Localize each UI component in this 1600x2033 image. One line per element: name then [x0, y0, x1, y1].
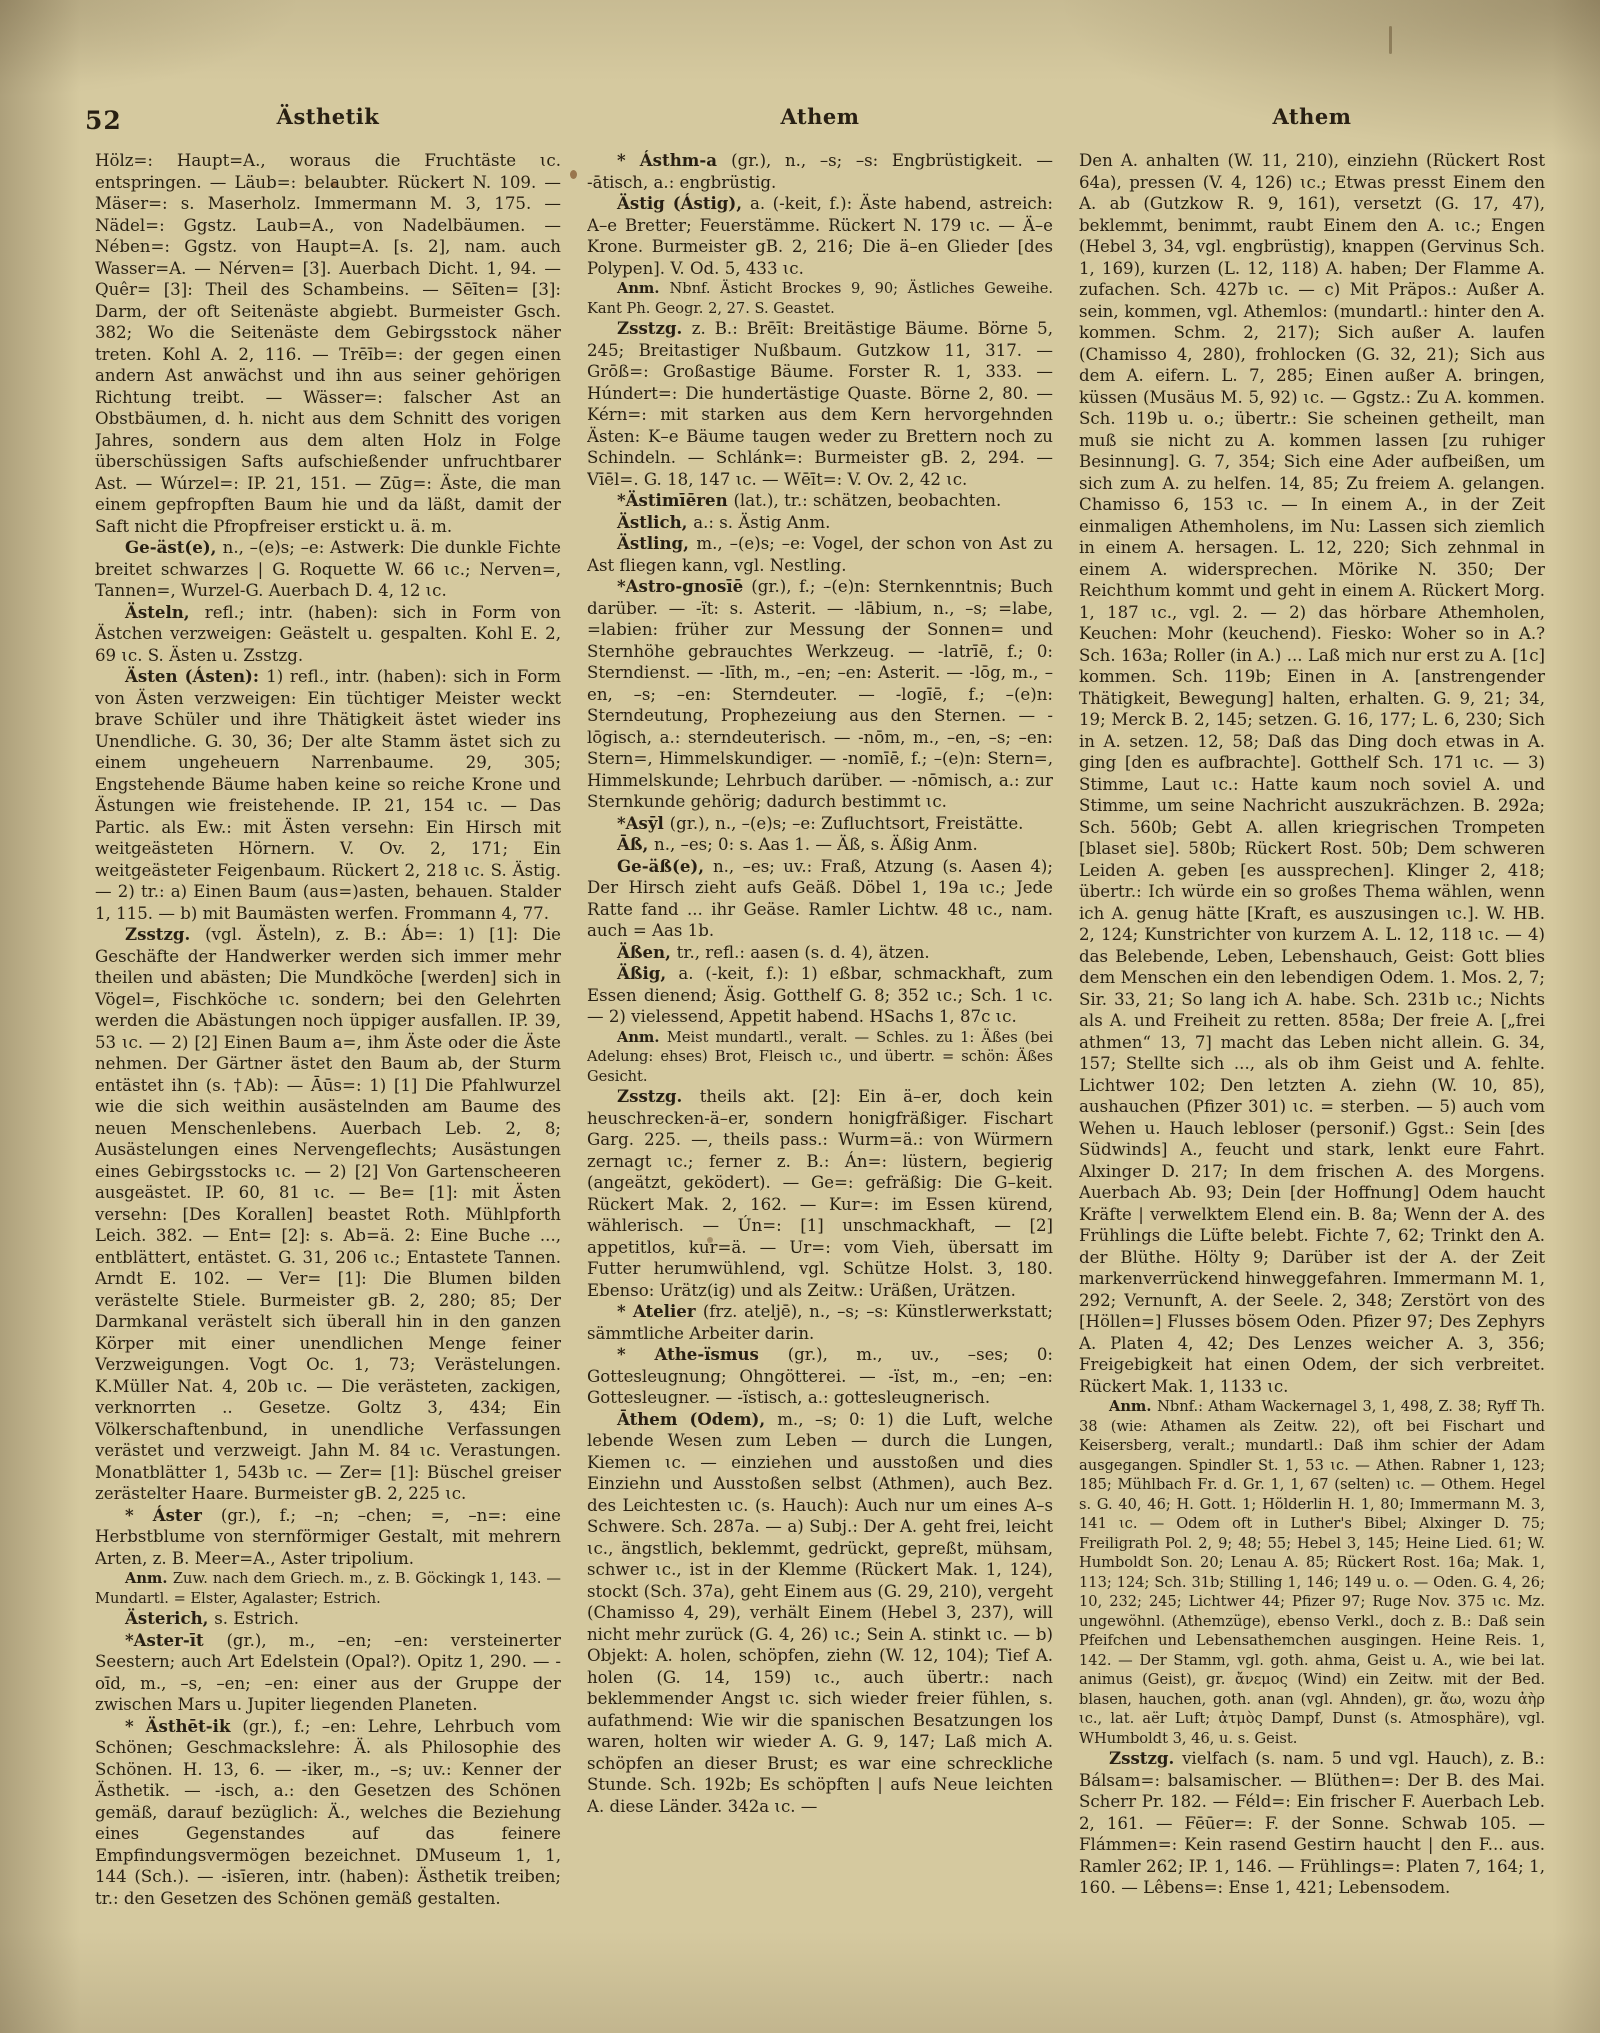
entry-headword: Ästlich,	[617, 512, 693, 532]
dictionary-paragraph: * Atelier (frz. ateljē), n., –s; –s: Kün…	[587, 1301, 1053, 1344]
dictionary-paragraph: *Astro-gnosīē (gr.), f.; –(e)n: Sternken…	[587, 576, 1053, 813]
entry-headword: Ästig (Ástig),	[617, 193, 750, 213]
running-title-right: Athem	[1079, 104, 1545, 144]
entry-headword: * Áster	[125, 1505, 221, 1525]
dictionary-paragraph: *Asȳl (gr.), n., –(e)s; –e: Zufluchtsort…	[587, 813, 1053, 835]
entry-headword: Anm.	[617, 280, 670, 297]
dictionary-paragraph: Anm. Nbnf. Ästicht Brockes 9, 90; Ästlic…	[587, 279, 1053, 318]
dictionary-paragraph: Äßen, tr., refl.: aasen (s. d. 4), ätzen…	[587, 942, 1053, 964]
entry-headword: * Ásthm-a	[617, 150, 731, 170]
text-column: Den A. anhalten (W. 11, 210), einziehn (…	[1079, 150, 1545, 2033]
dictionary-paragraph: Zsstzg. theils akt. [2]: Ein ä–er, doch …	[587, 1086, 1053, 1301]
entry-headword: *Ästimīēren	[617, 490, 733, 510]
entry-headword: Ästeln,	[125, 602, 205, 622]
dictionary-paragraph: Ästerich, s. Estrich.	[95, 1608, 561, 1630]
entry-headword: Anm.	[617, 1029, 667, 1046]
entry-headword: *Asȳl	[617, 813, 670, 833]
entry-headword: Ästling,	[617, 533, 696, 553]
dictionary-paragraph: Ästig (Ástig), a. (-keit, f.): Äste habe…	[587, 193, 1053, 279]
entry-headword: Ge-äß(e),	[617, 856, 713, 876]
entry-headword: *Astro-gnosīē	[617, 576, 751, 596]
entry-headword: * Athe-ïsmus	[617, 1344, 788, 1364]
dictionary-paragraph: Hölz=: Haupt=A., woraus die Fruchtäste ɩ…	[95, 150, 561, 537]
paper-stain	[1389, 26, 1392, 54]
page-number: 52	[85, 106, 122, 135]
dictionary-paragraph: Zsstzg. (vgl. Ästeln), z. B.: Áb=: 1) [1…	[95, 924, 561, 1505]
entry-headword: *Aster-īt	[125, 1630, 226, 1650]
dictionary-paragraph: Anm. Zuw. nach dem Griech. m., z. B. Göc…	[95, 1569, 561, 1608]
entry-headword: Zsstzg.	[1109, 1748, 1182, 1768]
text-columns: Hölz=: Haupt=A., woraus die Fruchtäste ɩ…	[95, 150, 1545, 2033]
dictionary-paragraph: Āß, n., –es; 0: s. Aas 1. — Äß, s. Äßig …	[587, 834, 1053, 856]
entry-headword: * Atelier	[617, 1301, 703, 1321]
dictionary-paragraph: Ästen (Ásten): 1) refl., intr. (haben): …	[95, 666, 561, 924]
entry-headword: Zsstzg.	[617, 1086, 700, 1106]
entry-headword: * Ästhēt-ik	[125, 1716, 242, 1736]
dictionary-paragraph: Ge-äß(e), n., –es; uv.: Fraß, Atzung (s.…	[587, 856, 1053, 942]
dictionary-paragraph: Den A. anhalten (W. 11, 210), einziehn (…	[1079, 150, 1545, 1397]
dictionary-paragraph: Ästeln, refl.; intr. (haben): sich in Fo…	[95, 602, 561, 667]
dictionary-paragraph: Ästlich, a.: s. Ästig Anm.	[587, 512, 1053, 534]
dictionary-paragraph: Ästling, m., –(e)s; –e: Vogel, der schon…	[587, 533, 1053, 576]
dictionary-paragraph: * Athe-ïsmus (gr.), m., uv., –ses; 0: Go…	[587, 1344, 1053, 1409]
entry-headword: Ästen (Ásten):	[125, 666, 266, 686]
entry-headword: Āß,	[617, 834, 654, 854]
entry-headword: Äßen,	[617, 942, 677, 962]
entry-headword: Zsstzg.	[617, 318, 692, 338]
dictionary-paragraph: Zsstzg. vielfach (s. nam. 5 und vgl. Hau…	[1079, 1748, 1545, 1899]
entry-headword: Āthem (Odem),	[617, 1409, 777, 1429]
text-column: * Ásthm-a (gr.), n., –s; –s: Engbrüstigk…	[587, 150, 1053, 2033]
entry-headword: Äßig,	[617, 963, 678, 983]
dictionary-paragraph: Anm. Nbnf.: Atham Wackernagel 3, 1, 498,…	[1079, 1397, 1545, 1748]
dictionary-paragraph: Äßig, a. (-keit, f.): 1) eßbar, schmackh…	[587, 963, 1053, 1028]
entry-headword: Ge-äst(e),	[125, 537, 223, 557]
running-title-center: Athem	[587, 104, 1053, 144]
text-column: Hölz=: Haupt=A., woraus die Fruchtäste ɩ…	[95, 150, 561, 2033]
dictionary-page: 52 Ästhetik Athem Athem Hölz=: Haupt=A.,…	[0, 0, 1600, 2033]
dictionary-paragraph: *Aster-īt (gr.), m., –en; –en: versteine…	[95, 1630, 561, 1716]
entry-headword: Ästerich,	[125, 1608, 214, 1628]
entry-headword: Zsstzg.	[125, 924, 205, 944]
entry-headword: Anm.	[1109, 1398, 1157, 1415]
dictionary-paragraph: * Ásthm-a (gr.), n., –s; –s: Engbrüstigk…	[587, 150, 1053, 193]
dictionary-paragraph: Zsstzg. z. B.: Brēīt: Breitästige Bäume.…	[587, 318, 1053, 490]
running-title-left: Ästhetik	[95, 104, 561, 144]
dictionary-paragraph: Anm. Meist mundartl., veralt. — Schles. …	[587, 1028, 1053, 1087]
dictionary-paragraph: Āthem (Odem), m., –s; 0: 1) die Luft, we…	[587, 1409, 1053, 1818]
entry-headword: Anm.	[125, 1570, 173, 1587]
dictionary-paragraph: * Ästhēt-ik (gr.), f.; –en: Lehre, Lehrb…	[95, 1716, 561, 1910]
dictionary-paragraph: *Ästimīēren (lat.), tr.: schätzen, beoba…	[587, 490, 1053, 512]
dictionary-paragraph: Ge-äst(e), n., –(e)s; –e: Astwerk: Die d…	[95, 537, 561, 602]
dictionary-paragraph: * Áster (gr.), f.; –n; –chen; =, –n=: ei…	[95, 1505, 561, 1570]
page-header: 52 Ästhetik Athem Athem	[95, 104, 1545, 144]
